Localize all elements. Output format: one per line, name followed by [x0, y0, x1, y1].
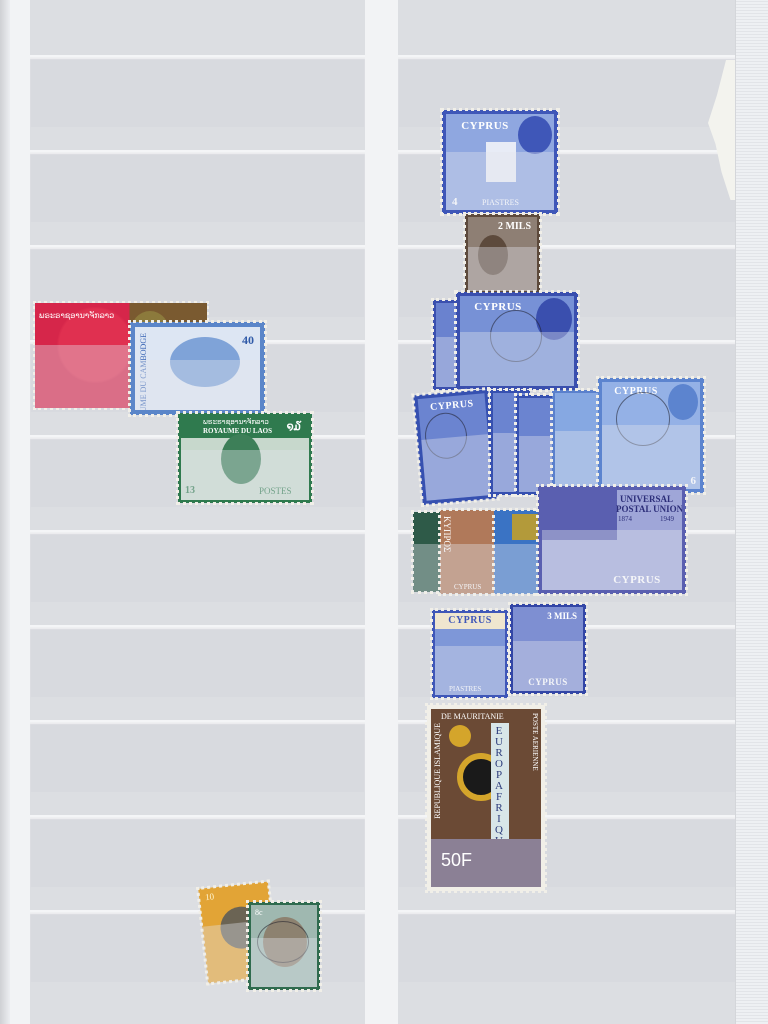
stamp-blue-yellow [494, 510, 540, 594]
stamp-cyprus-row-4 [552, 390, 602, 490]
stockbook-page: ພຣະຣາຊອານາຈັກລາວ ROYAUME DU CAMBODGE 40 … [0, 0, 768, 1024]
center-divider [365, 0, 398, 1024]
stamp-corner-value: ໑໓ [287, 420, 301, 433]
stamp-script: ພຣະຣາຊອານາຈັກລາວ [39, 311, 114, 320]
stamp-cyprus-4-piastres: CYPRUS 4 PIASTRES [442, 110, 558, 214]
stamp-value: 8c [255, 908, 263, 917]
stamp-side-text: REPUBLIQUE ISLAMIQUE [433, 723, 442, 819]
glassine-strip [398, 910, 738, 982]
stamp-year-end: 1949 [660, 515, 674, 523]
stamp-title-1: UNIVERSAL [620, 494, 673, 504]
stamp-country: CYPRUS [418, 397, 486, 414]
stamp-cyprus-castle: CYPRUS [456, 292, 578, 390]
album-binding [735, 0, 768, 1024]
stamp-title-2: POSTAL UNION [616, 504, 683, 514]
stamp-mauritanie-europafrique: DE MAURITANIE REPUBLIQUE ISLAMIQUE POSTE… [427, 705, 545, 891]
glassine-strip [30, 55, 365, 127]
stamp-year-start: 1874 [618, 515, 632, 523]
stamp-value: 10 [205, 891, 215, 902]
stamp-cyprus-6: CYPRUS 6 [598, 378, 704, 493]
stamp-upu-cyprus: UNIVERSAL POSTAL UNION 1874 1949 CYPRUS [538, 486, 686, 594]
stamp-laos-green: ພຣະຣາຊອານາຈັກລາວ ROYAUME DU LAOS ໑໓ 13 P… [178, 413, 312, 503]
glassine-strip [30, 530, 365, 602]
stamp-cyprus-piastres: CYPRUS PIASTRES [432, 610, 508, 698]
glassine-strip [30, 815, 365, 887]
stamp-script: ພຣະຣາຊອານາຈັກລາວ [203, 418, 269, 426]
stamp-value: 40 [242, 333, 254, 348]
stamp-green-flower [413, 512, 443, 592]
stamp-country: CYPRUS [435, 615, 505, 626]
stamp-cyprus-2-mils: 2 MILS [465, 214, 540, 294]
glassine-strip [30, 625, 365, 697]
stamp-cyprus-3-mils: 3 MILS CYPRUS [510, 604, 586, 694]
stamp-right-text: POSTE AERIENNE [531, 713, 539, 771]
stamp-cyprus-row-3 [516, 395, 556, 495]
stamp-value: 2 MILS [498, 221, 531, 232]
stamp-top-text: DE MAURITANIE [441, 712, 504, 721]
glassine-strip [30, 720, 365, 792]
stamp-country: CYPRUS [446, 120, 524, 132]
stamp-green-small: 8c [248, 902, 320, 990]
left-margin [10, 0, 30, 1024]
stamp-kypros: ΚΥΠΡΟΣ CYPRUS [440, 510, 498, 594]
stamp-value: 50F [441, 850, 472, 871]
left-column [30, 0, 365, 1024]
stamp-cambodge: ROYAUME DU CAMBODGE 40 [130, 322, 265, 415]
stamp-cyprus-row-1: CYPRUS [413, 389, 497, 505]
stamp-value: 3 MILS [547, 611, 577, 621]
stamp-title: EUROPAFRIQUE [493, 725, 505, 857]
page-edge-left [0, 0, 10, 1024]
glassine-strip [30, 150, 365, 222]
